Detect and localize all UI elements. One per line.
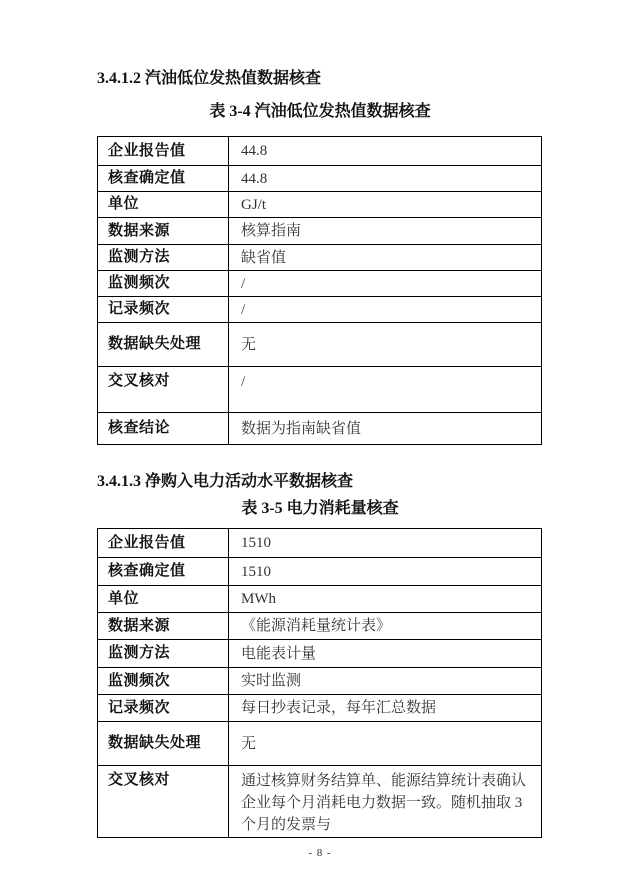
table-title-3-4: 表 3-4 汽油低位发热值数据核查	[97, 101, 543, 122]
row-label: 核查确定值	[98, 558, 229, 586]
row-value: 44.8	[229, 137, 542, 166]
table-row: 记录频次 每日抄表记录，每年汇总数据	[98, 695, 542, 722]
row-value: 1510	[229, 558, 542, 586]
table-3-5: 企业报告值 1510 核查确定值 1510 单位 MWh 数据来源 《能源消耗量…	[97, 528, 542, 838]
row-label: 企业报告值	[98, 137, 229, 166]
row-label: 交叉核对	[98, 367, 229, 413]
row-label: 核查确定值	[98, 166, 229, 192]
row-value: /	[229, 297, 542, 323]
table-row: 核查结论 数据为指南缺省值	[98, 413, 542, 445]
row-label: 记录频次	[98, 695, 229, 722]
document-page: 3.4.1.2 汽油低位发热值数据核查 表 3-4 汽油低位发热值数据核查 企业…	[0, 0, 640, 888]
row-label: 数据缺失处理	[98, 323, 229, 367]
table-row: 企业报告值 1510	[98, 529, 542, 558]
table-row: 数据缺失处理 无	[98, 722, 542, 766]
row-value: /	[229, 271, 542, 297]
table-row: 记录频次 /	[98, 297, 542, 323]
row-label: 监测方法	[98, 245, 229, 271]
row-value: 缺省值	[229, 245, 542, 271]
row-label: 监测方法	[98, 640, 229, 668]
row-value: 通过核算财务结算单、能源结算统计表确认企业每个月消耗电力数据一致。随机抽取 3 …	[229, 766, 542, 838]
row-label: 单位	[98, 192, 229, 218]
row-value: 每日抄表记录，每年汇总数据	[229, 695, 542, 722]
table-row: 数据缺失处理 无	[98, 323, 542, 367]
row-label: 交叉核对	[98, 766, 229, 838]
row-label: 核查结论	[98, 413, 229, 445]
row-label: 监测频次	[98, 271, 229, 297]
table-row: 数据来源 核算指南	[98, 218, 542, 245]
table-row: 监测方法 缺省值	[98, 245, 542, 271]
page-content: 3.4.1.2 汽油低位发热值数据核查 表 3-4 汽油低位发热值数据核查 企业…	[97, 0, 543, 838]
table-row: 核查确定值 1510	[98, 558, 542, 586]
table-row: 数据来源 《能源消耗量统计表》	[98, 613, 542, 640]
table-title-3-5: 表 3-5 电力消耗量核查	[97, 498, 543, 519]
table-row: 单位 GJ/t	[98, 192, 542, 218]
row-value: 数据为指南缺省值	[229, 413, 542, 445]
table-row: 核查确定值 44.8	[98, 166, 542, 192]
row-value: 《能源消耗量统计表》	[229, 613, 542, 640]
table-row: 监测频次 实时监测	[98, 668, 542, 695]
row-value: 44.8	[229, 166, 542, 192]
section-heading-3412: 3.4.1.2 汽油低位发热值数据核查	[97, 68, 543, 89]
table-row: 企业报告值 44.8	[98, 137, 542, 166]
table-row: 交叉核对 /	[98, 367, 542, 413]
row-value: 无	[229, 323, 542, 367]
row-label: 数据来源	[98, 613, 229, 640]
row-label: 单位	[98, 586, 229, 613]
table-row: 单位 MWh	[98, 586, 542, 613]
table-row: 监测方法 电能表计量	[98, 640, 542, 668]
row-label: 记录频次	[98, 297, 229, 323]
row-value: GJ/t	[229, 192, 542, 218]
page-number: - 8 -	[0, 846, 640, 860]
row-label: 数据来源	[98, 218, 229, 245]
row-value: 核算指南	[229, 218, 542, 245]
section-heading-3413: 3.4.1.3 净购入电力活动水平数据核查	[97, 471, 543, 492]
row-value: 实时监测	[229, 668, 542, 695]
row-label: 企业报告值	[98, 529, 229, 558]
row-value: 电能表计量	[229, 640, 542, 668]
row-value: 1510	[229, 529, 542, 558]
table-row: 监测频次 /	[98, 271, 542, 297]
row-value: MWh	[229, 586, 542, 613]
table-row: 交叉核对 通过核算财务结算单、能源结算统计表确认企业每个月消耗电力数据一致。随机…	[98, 766, 542, 838]
table-3-4: 企业报告值 44.8 核查确定值 44.8 单位 GJ/t 数据来源 核算指南 …	[97, 136, 542, 445]
row-label: 数据缺失处理	[98, 722, 229, 766]
row-value: /	[229, 367, 542, 413]
row-value: 无	[229, 722, 542, 766]
row-label: 监测频次	[98, 668, 229, 695]
